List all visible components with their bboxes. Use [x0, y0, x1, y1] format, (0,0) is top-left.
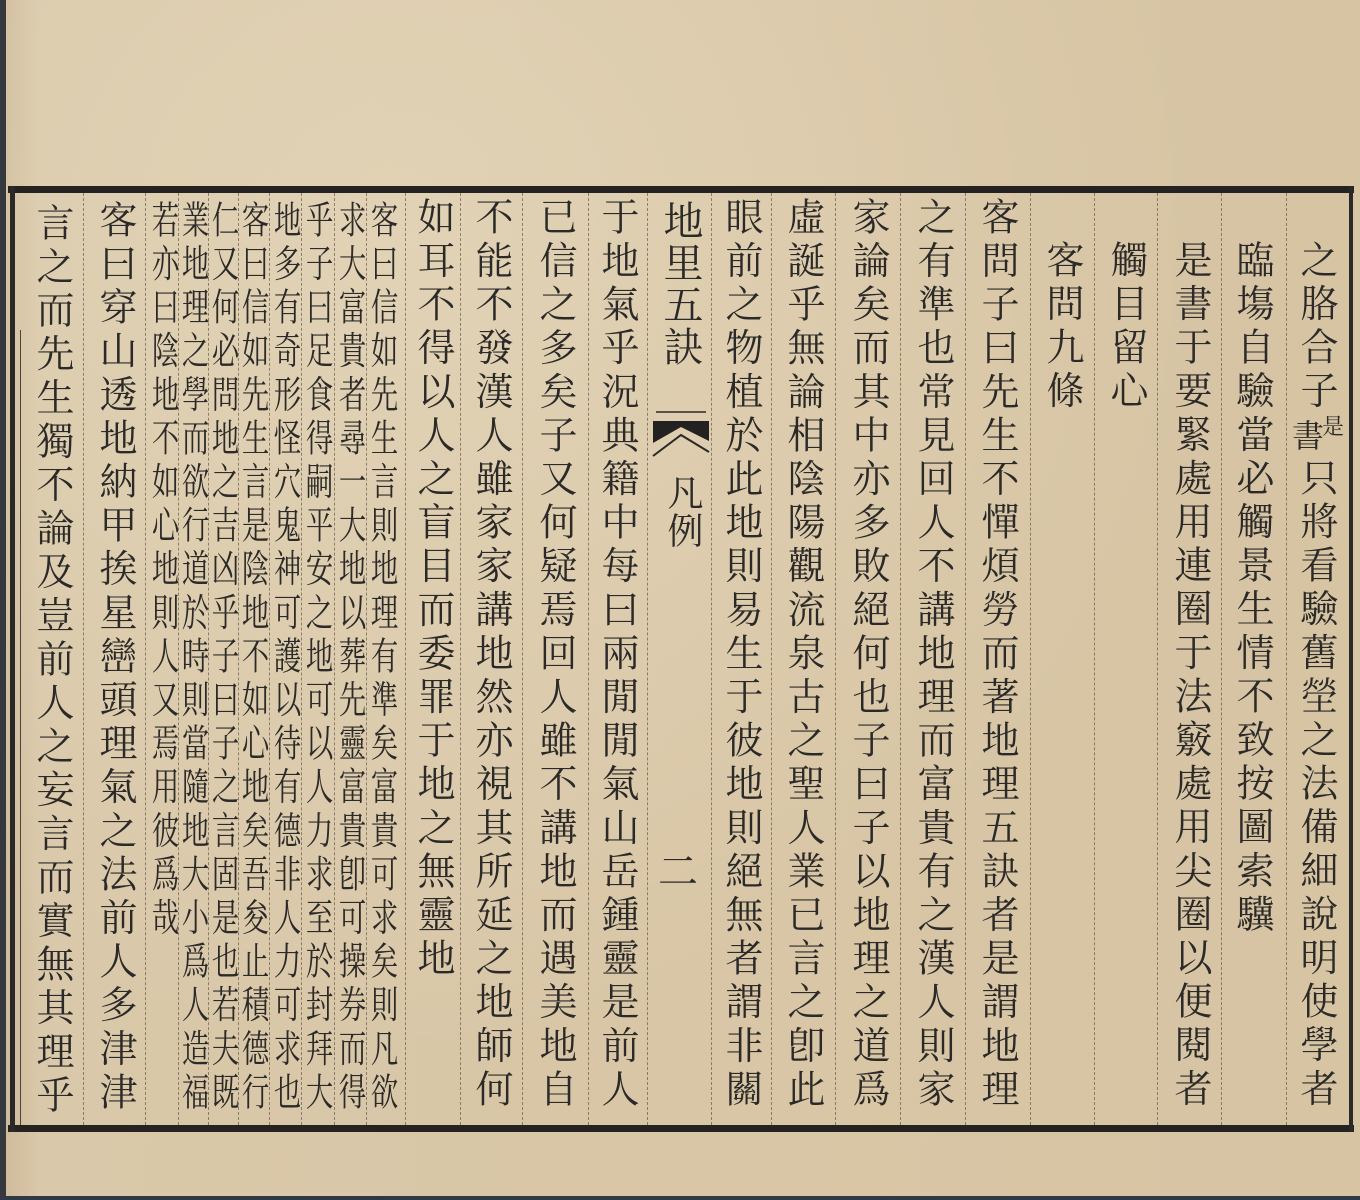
- scan-bottom-edge: [0, 1196, 1360, 1200]
- small-text-column-16: 客曰信如先生言則地理有準矣富貴可求矣則凡欲: [368, 200, 397, 1116]
- banxin-book-title: 地里五訣: [650, 200, 710, 368]
- column-divider: [83, 193, 84, 1125]
- small-text-column-22: 業地理之學而欲行道於時則當隨地大小爲人造福: [179, 200, 208, 1116]
- column-divider: [1094, 193, 1095, 1125]
- column-divider: [1030, 193, 1031, 1125]
- text-column-24: 客曰穿山透地納甲挨星巒頭理氣之法前人多津津: [85, 200, 145, 1116]
- frame-bottom-border: [8, 1125, 1354, 1132]
- small-text-column-20: 客曰信如先生言是陰地不如心地矣吾夋止積德行: [239, 200, 268, 1116]
- main-character: 書: [1292, 417, 1324, 455]
- banxin-section-label: 凡例: [652, 474, 712, 550]
- text-column-14: 不能不發漢人雖家家講地然亦視其所延之地師何: [461, 197, 521, 1113]
- scan-left-edge: [0, 0, 6, 1200]
- inserted-small-character: 是: [1322, 414, 1344, 442]
- text-column-8: 家論矣而其中亦多敗絕何也子曰子以地理之道爲: [838, 197, 898, 1113]
- column-divider: [145, 193, 146, 1125]
- small-text-column-23: 若亦曰陰地不如心地則人又焉用彼爲哉: [149, 200, 178, 941]
- text-column-9: 虛誕乎無論相陰陽觀流泉古之聖人業已言之卽此: [773, 197, 833, 1113]
- text-column-10: 眼前之物植於此地則易生于彼地則絕無者謂非關: [711, 197, 771, 1113]
- column-divider: [1157, 193, 1158, 1125]
- column-text: 之胳合子: [1294, 240, 1338, 414]
- small-text-column-19: 地多有奇形怪穴鬼神可護以待有德非人力可求也: [271, 200, 300, 1116]
- text-column-3: 是書于要緊處用連圈于法竅處用尖圈以便閱者: [1160, 240, 1220, 1112]
- text-column-6: 客問子曰先生不憚煩勞而著地理五訣者是謂地理: [967, 197, 1027, 1113]
- text-column-12: 于地氣乎況典籍中每曰兩閒閒氣山岳鍾靈是前人: [587, 197, 647, 1113]
- frame-left-inner-line: [20, 330, 21, 1125]
- frame-top-border: [8, 186, 1354, 193]
- text-column-13: 已信之多矣子又何疑焉回人雖不講地而遇美地自: [525, 197, 585, 1113]
- frame-left-border: [10, 186, 15, 1132]
- small-text-column-18: 乎子曰足食得嗣平安之地可以人力求至於封拜大: [303, 200, 332, 1116]
- text-column-2: 臨塲自驗當必觸景生情不致按圖索驥: [1222, 240, 1282, 938]
- section-heading-column: 客問九條: [1032, 240, 1092, 414]
- column-divider: [835, 193, 836, 1125]
- interlinear-correction: 書是: [1286, 414, 1346, 458]
- text-column-4: 觸目留心: [1096, 240, 1156, 414]
- column-divider: [965, 193, 966, 1125]
- column-divider: [522, 193, 523, 1125]
- fishtail-icon: [650, 408, 712, 470]
- small-text-column-17: 求大富貴者尋一大地以葬先靈富貴卽可操券而得: [336, 200, 365, 1116]
- column-divider: [771, 193, 772, 1125]
- text-column-7: 之有準也常見回人不講地理而富貴有之漢人則家: [903, 197, 963, 1113]
- column-divider: [900, 193, 901, 1125]
- frame-right-border: [1349, 186, 1353, 1132]
- page-number: 二: [653, 852, 703, 892]
- banxin-divider-left: [647, 193, 648, 1125]
- small-text-column-21: 仁又何必問地之吉凶乎子曰子之言固是也若夫既: [209, 200, 238, 1116]
- text-column-15: 如耳不得以人之盲目而委罪于地之無靈地: [403, 197, 463, 982]
- text-column-1: 之胳合子書是只將看驗舊塋之法備細說明使學者: [1286, 240, 1346, 1112]
- text-column-25: 言之而先生獨不論及豈前人之妄言而實無其理乎: [22, 203, 82, 1119]
- column-text-continued: 只將看驗舊塋之法備細說明使學者: [1294, 458, 1338, 1112]
